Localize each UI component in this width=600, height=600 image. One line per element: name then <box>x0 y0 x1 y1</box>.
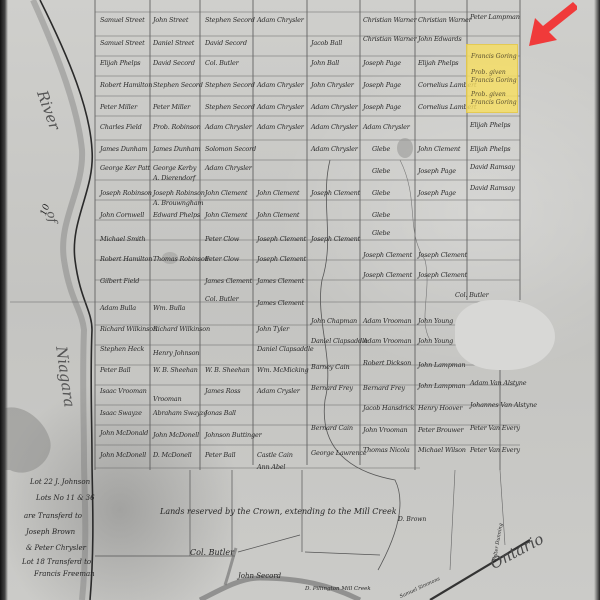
lot-name: John Clement <box>418 146 460 153</box>
lot-name: Stephen Secord <box>205 104 255 111</box>
lot-name: Col. Butler <box>455 292 489 299</box>
crown-reserve-note: Lands reserved by the Crown, extending t… <box>160 507 397 516</box>
lot-name: Adam Vrooman <box>363 318 411 325</box>
lot-name: John Edwards <box>418 36 462 43</box>
lot-name: Adam Vrooman <box>363 338 411 345</box>
lot-name: Peter Ball <box>205 452 235 459</box>
lot-name: James Clement <box>205 278 252 285</box>
lot-name: Stephen Secord <box>205 17 255 24</box>
lot-name: Stephen Secord <box>205 82 255 89</box>
lot-name: A. Dierendorf <box>153 175 195 182</box>
lot-name: Bernard Cain <box>311 425 353 432</box>
lot-name: Peter Miller <box>153 104 190 111</box>
scan-edge <box>0 0 8 600</box>
lot-name: Peter Ball <box>100 367 130 374</box>
lot-name: Richard Wilkinson <box>100 326 157 333</box>
lot-name: Peter Clow <box>205 236 239 243</box>
lot-name: Joseph Page <box>363 104 401 111</box>
lot-name: Adam Chrysler <box>311 124 358 131</box>
transfer-note: are Transferd to <box>24 512 82 520</box>
lot-name: Joseph Page <box>363 60 401 67</box>
lot-name: James Clement <box>257 278 304 285</box>
lot-name: Adam Bulla <box>100 305 136 312</box>
lot-name: D. McDonell <box>153 452 192 459</box>
lot-name: Christian Warner <box>363 36 417 43</box>
lot-name: Jonas Ball <box>205 410 236 417</box>
lot-name: James Dunham <box>153 146 200 153</box>
mill-creek-label: D. Pillington Mill Creek <box>305 586 371 592</box>
lot-name: Samuel Street <box>100 17 145 24</box>
lot-name: John Cornwell <box>100 212 144 219</box>
lot-name: Henry Hoover <box>418 405 462 412</box>
lot-name: Adam Chrysler <box>205 124 252 131</box>
lot-name: Jacob Ball <box>311 40 342 47</box>
highlight-text: Prob. given <box>467 69 517 77</box>
lot-name: Joseph Clement <box>257 256 306 263</box>
lot-name: Col. Butler <box>205 296 239 303</box>
lot-name: Joseph Robinson <box>100 190 152 197</box>
lot-name: James Ross <box>205 388 240 395</box>
highlight-text: Francis Goring <box>467 53 517 61</box>
lot-name: Peter Van Every <box>470 447 520 454</box>
lot-name: Stephen Secord <box>153 82 203 89</box>
lot-name: Robert Hamilton <box>100 256 152 263</box>
lot-name: Adam Chrysler <box>311 104 358 111</box>
lot-name: Glebe <box>372 190 390 197</box>
survey-map: River of Niagara 10 Samuel Street Samuel… <box>0 0 600 600</box>
lot-name: Joseph Page <box>418 168 456 175</box>
lot-name: Glebe <box>372 168 390 175</box>
lot-name: John Young <box>418 338 453 345</box>
lot-name: George Kerby <box>153 165 196 172</box>
lot-name: John Clement <box>205 190 247 197</box>
lot-name: Joseph Page <box>418 190 456 197</box>
lot-name: John Clement <box>257 190 299 197</box>
lot-name: David Secord <box>153 60 195 67</box>
lot-name: Joseph Page <box>363 82 401 89</box>
lot-name: Joseph Robinson <box>153 190 205 197</box>
col-butler-label: Col. Butler <box>190 548 234 557</box>
lot-name: Peter Lampman <box>470 14 520 21</box>
lot-name: Michael Smith <box>100 236 145 243</box>
lot-name: Thomas Robinson <box>153 256 209 263</box>
lot-name: Jacob Hansdrick <box>363 405 414 412</box>
lot-name: Joseph Clement <box>363 272 412 279</box>
lot-name: John McDonald <box>100 430 148 437</box>
lot-name: John Vrooman <box>363 427 407 434</box>
lot-name: Henry Johnson <box>153 350 199 357</box>
lot-name: George Lawrence <box>311 450 367 457</box>
lot-name: Peter Miller <box>100 104 137 111</box>
lot-name: Gilbert Field <box>100 278 139 285</box>
lot-name: Elijah Phelps <box>470 146 510 153</box>
highlighted-region: Francis Goring Prob. given Francis Gorin… <box>466 44 518 113</box>
lot-name: Johannes Van Alstyne <box>470 402 537 409</box>
transfer-note: Francis Freeman <box>34 570 95 578</box>
lot-name: Joseph Clement <box>363 252 412 259</box>
lot-name: Richard Wilkinson <box>153 326 210 333</box>
lot-name: Peter Clow <box>205 256 239 263</box>
lot-name: Abraham Swayze <box>153 410 207 417</box>
lot-name: Adam Chrysler <box>205 165 252 172</box>
lot-name: Daniel Street <box>153 40 194 47</box>
lot-name: John Clement <box>205 212 247 219</box>
lot-name: Joseph Clement <box>311 236 360 243</box>
lot-name: David Ramsay <box>470 185 515 192</box>
lot-name: Samuel Street <box>100 40 145 47</box>
highlight-text: Prob. given <box>467 91 517 99</box>
red-arrow-icon <box>527 0 577 50</box>
lot-name: Joseph Clement <box>257 236 306 243</box>
transfer-note: Lot 22 J. Johnson <box>30 478 90 486</box>
lot-name: Robert Dickson <box>363 360 411 367</box>
lot-name: John Ball <box>311 60 339 67</box>
lot-name: Isaac Vrooman <box>100 388 147 395</box>
lot-name: George Ker Patt <box>100 165 150 172</box>
highlight-text: Francis Goring <box>467 99 517 107</box>
lot-name: Thomas Nicola <box>363 447 410 454</box>
lot-name: Joseph Clement <box>418 272 467 279</box>
lot-name: Vrooman <box>153 396 181 403</box>
lot-name: Adam Chrysler <box>257 124 304 131</box>
lot-name: Elijah Phelps <box>470 122 510 129</box>
lot-name: W. B. Sheehan <box>205 367 250 374</box>
lot-name: Solomon Secord <box>205 146 256 153</box>
lot-name: Prob. Robinson <box>153 124 201 131</box>
lot-name: John Clement <box>257 212 299 219</box>
lot-name: Charles Field <box>100 124 142 131</box>
lot-name: Daniel Clapsaddle <box>257 346 314 353</box>
lot-name: Michael Wilson <box>418 447 466 454</box>
lot-name: Peter Brouwer <box>418 427 463 434</box>
transfer-note: Joseph Brown <box>26 528 75 536</box>
lot-name: Adam Chrysler <box>311 146 358 153</box>
lot-name: John McDonell <box>153 432 199 439</box>
lot-name: Christian Warner <box>363 17 417 24</box>
lot-name: Edward Phelps <box>153 212 200 219</box>
lot-name: Peter Van Every <box>470 425 520 432</box>
lot-name: Glebe <box>372 212 390 219</box>
lot-name: Adam Chrysler <box>257 104 304 111</box>
lot-name: John Chrysler <box>311 82 354 89</box>
lot-name: Glebe <box>372 146 390 153</box>
lot-name: A. Brouwngham <box>153 200 203 207</box>
lot-name: John McDonell <box>100 452 146 459</box>
lot-name: Robert Hamilton <box>100 82 152 89</box>
lot-name: Adam Crysler <box>257 388 300 395</box>
lot-name: Col. Butler <box>205 60 239 67</box>
lot-name: Joseph Clement <box>311 190 360 197</box>
lot-name: W. B. Sheehan <box>153 367 198 374</box>
lot-name: Castle Cain <box>257 452 293 459</box>
lot-name: David Secord <box>205 40 247 47</box>
lot-name: James Dunham <box>100 146 147 153</box>
lot-name: David Ramsay <box>470 164 515 171</box>
lot-name: James Clement <box>257 300 304 307</box>
pond-area <box>455 300 555 370</box>
lot-name: Stephen Heck <box>100 346 144 353</box>
lot-name: Adam Chrysler <box>257 82 304 89</box>
lot-name: John Chapman <box>311 318 357 325</box>
lot-name: Isaac Swayze <box>100 410 142 417</box>
john-secord-label: John Secord <box>238 572 281 580</box>
lot-name: Christian Warner <box>418 17 472 24</box>
lot-name: Barney Cain <box>311 364 349 371</box>
lot-name: Bernard Frey <box>363 385 405 392</box>
lot-name: John Street <box>153 17 188 24</box>
lot-name: Daniel Clapsaddle <box>311 338 368 345</box>
lot-name: John Tyler <box>257 326 289 333</box>
lot-name: Adam Van Alstyne <box>470 380 526 387</box>
lot-name: John Lampman <box>418 362 465 369</box>
transfer-note: & Peter Chrysler <box>26 544 86 552</box>
lot-name: John Lampman <box>418 383 465 390</box>
lot-name: Wm. McMicking <box>257 367 308 374</box>
lot-name: Elijah Phelps <box>100 60 140 67</box>
lot-name: Wm. Bulla <box>153 305 185 312</box>
transfer-note: Lots No 11 & 36 <box>36 494 95 502</box>
transfer-note: Lot 18 Transferd to <box>22 558 91 566</box>
highlight-text: Francis Goring <box>467 77 517 85</box>
lot-name: Adam Chrysler <box>257 17 304 24</box>
lot-name: Elijah Phelps <box>418 60 458 67</box>
lot-name: Glebe <box>372 230 390 237</box>
lot-name: Bernard Frey <box>311 385 353 392</box>
lot-name: Johnson Buttinger <box>205 432 262 439</box>
lot-name: John Young <box>418 318 453 325</box>
scan-edge <box>594 0 600 600</box>
lot-name: Ann Abel <box>257 464 285 471</box>
lot-name: Joseph Clement <box>418 252 467 259</box>
lot-name: Adam Chrysler <box>363 124 410 131</box>
d-brown-label: D. Brown <box>398 516 426 523</box>
